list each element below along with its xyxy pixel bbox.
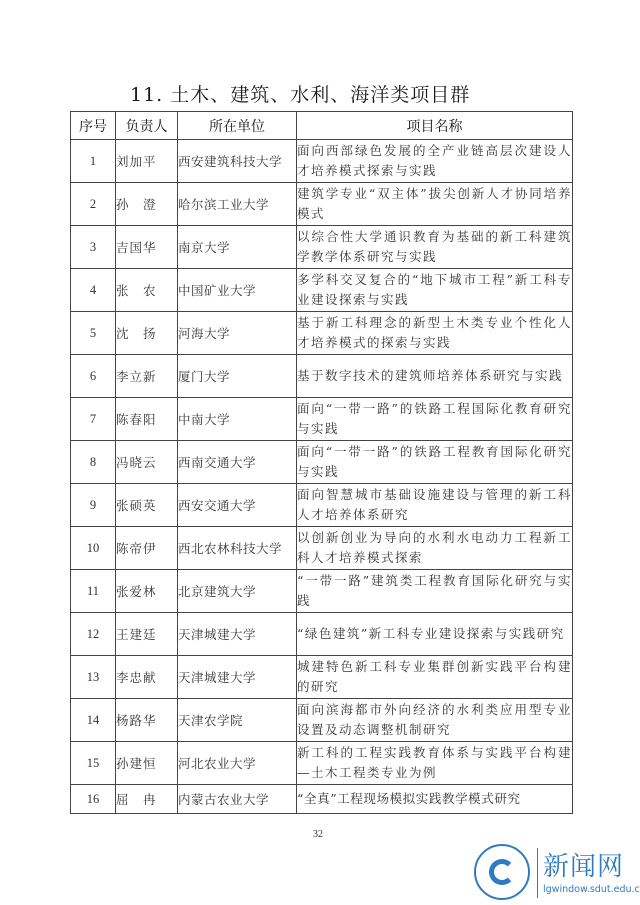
row-unit: 南京大学	[178, 226, 297, 269]
table-row: 12王建廷天津城建大学“绿色建筑”新工科专业建设探索与实践研究	[71, 613, 573, 656]
table-row: 3吉国华南京大学以综合性大学通识教育为基础的新工科建筑学教学体系研究与实践	[71, 226, 573, 269]
row-number: 2	[71, 183, 116, 226]
university-seal-icon	[474, 844, 530, 900]
row-project-title: 基于数字技术的建筑师培养体系研究与实践	[297, 355, 573, 398]
row-unit: 西南交通大学	[178, 441, 297, 484]
row-number: 4	[71, 269, 116, 312]
page-number: 32	[313, 829, 323, 840]
row-leader: 张硕英	[116, 484, 178, 527]
row-project-title: 多学科交叉复合的“地下城市工程”新工科专业建设探索与实践	[297, 269, 573, 312]
row-leader: 张爱林	[116, 570, 178, 613]
row-number: 6	[71, 355, 116, 398]
row-number: 14	[71, 699, 116, 742]
row-project-title: 城建特色新工科专业集群创新实践平台构建的研究	[297, 656, 573, 699]
row-number: 16	[71, 785, 116, 814]
row-unit: 天津城建大学	[178, 656, 297, 699]
watermark: 新闻网 lgwindow.sdut.edu.cn	[470, 840, 640, 905]
row-number: 8	[71, 441, 116, 484]
row-project-title: 以综合性大学通识教育为基础的新工科建筑学教学体系研究与实践	[297, 226, 573, 269]
row-project-title: 以创新创业为导向的水利水电动力工程新工科人才培养模式探索	[297, 527, 573, 570]
row-leader: 沈 扬	[116, 312, 178, 355]
row-project-title: 建筑学专业“双主体”拔尖创新人才协同培养模式	[297, 183, 573, 226]
row-leader: 孙 澄	[116, 183, 178, 226]
row-unit: 西安建筑科技大学	[178, 140, 297, 183]
row-leader: 王建廷	[116, 613, 178, 656]
table-header-row: 序号 负责人 所在单位 项目名称	[71, 112, 573, 140]
row-leader: 陈春阳	[116, 398, 178, 441]
row-unit: 厦门大学	[178, 355, 297, 398]
table-row: 8冯晓云西南交通大学面向“一带一路”的铁路工程教育国际化研究与实践	[71, 441, 573, 484]
row-project-title: 面向西部绿色发展的全产业链高层次建设人才培养模式探索与实践	[297, 140, 573, 183]
row-leader: 陈帝伊	[116, 527, 178, 570]
row-number: 7	[71, 398, 116, 441]
table-row: 6李立新厦门大学基于数字技术的建筑师培养体系研究与实践	[71, 355, 573, 398]
row-project-title: 面向“一带一路”的铁路工程教育国际化研究与实践	[297, 441, 573, 484]
row-project-title: “绿色建筑”新工科专业建设探索与实践研究	[297, 613, 573, 656]
row-project-title: 新工科的工程实践教育体系与实践平台构建—土木工程类专业为例	[297, 742, 573, 785]
table-row: 1刘加平西安建筑科技大学面向西部绿色发展的全产业链高层次建设人才培养模式探索与实…	[71, 140, 573, 183]
row-unit: 中国矿业大学	[178, 269, 297, 312]
row-leader: 李立新	[116, 355, 178, 398]
header-no: 序号	[71, 112, 116, 140]
table-row: 2孙 澄哈尔滨工业大学建筑学专业“双主体”拔尖创新人才协同培养模式	[71, 183, 573, 226]
row-leader: 刘加平	[116, 140, 178, 183]
table-row: 7陈春阳中南大学面向“一带一路”的铁路工程国际化教育研究与实践	[71, 398, 573, 441]
table-row: 11张爱林北京建筑大学“一带一路”建筑类工程教育国际化研究与实践	[71, 570, 573, 613]
row-number: 9	[71, 484, 116, 527]
row-unit: 西北农林科技大学	[178, 527, 297, 570]
header-title: 项目名称	[297, 112, 573, 140]
row-number: 13	[71, 656, 116, 699]
project-table: 序号 负责人 所在单位 项目名称 1刘加平西安建筑科技大学面向西部绿色发展的全产…	[70, 111, 573, 814]
row-leader: 孙建恒	[116, 742, 178, 785]
row-project-title: 面向智慧城市基础设施建设与管理的新工科人才培养体系研究	[297, 484, 573, 527]
row-project-title: 面向滨海都市外向经济的水利类应用型专业设置及动态调整机制研究	[297, 699, 573, 742]
table-row: 10陈帝伊西北农林科技大学以创新创业为导向的水利水电动力工程新工科人才培养模式探…	[71, 527, 573, 570]
row-unit: 中南大学	[178, 398, 297, 441]
row-unit: 北京建筑大学	[178, 570, 297, 613]
row-number: 1	[71, 140, 116, 183]
table-row: 4张 农中国矿业大学多学科交叉复合的“地下城市工程”新工科专业建设探索与实践	[71, 269, 573, 312]
row-project-title: “全真”工程现场模拟实践教学模式研究	[297, 785, 573, 814]
row-project-title: 基于新工科理念的新型土木类专业个性化人才培养模式的探索与实践	[297, 312, 573, 355]
table-row: 13李忠献天津城建大学城建特色新工科专业集群创新实践平台构建的研究	[71, 656, 573, 699]
row-leader: 李忠献	[116, 656, 178, 699]
table-row: 16屈 冉内蒙古农业大学“全真”工程现场模拟实践教学模式研究	[71, 785, 573, 814]
row-number: 11	[71, 570, 116, 613]
table-row: 14杨路华天津农学院面向滨海都市外向经济的水利类应用型专业设置及动态调整机制研究	[71, 699, 573, 742]
header-unit: 所在单位	[178, 112, 297, 140]
row-number: 12	[71, 613, 116, 656]
table-row: 15孙建恒河北农业大学新工科的工程实践教育体系与实践平台构建—土木工程类专业为例	[71, 742, 573, 785]
section-title: 11. 土木、建筑、水利、海洋类项目群	[130, 80, 470, 107]
row-leader: 杨路华	[116, 699, 178, 742]
row-leader: 冯晓云	[116, 441, 178, 484]
row-number: 10	[71, 527, 116, 570]
row-leader: 张 农	[116, 269, 178, 312]
divider	[537, 848, 538, 898]
row-number: 5	[71, 312, 116, 355]
row-number: 3	[71, 226, 116, 269]
row-unit: 天津城建大学	[178, 613, 297, 656]
row-unit: 河北农业大学	[178, 742, 297, 785]
row-unit: 西安交通大学	[178, 484, 297, 527]
table-row: 5沈 扬河海大学基于新工科理念的新型土木类专业个性化人才培养模式的探索与实践	[71, 312, 573, 355]
row-unit: 内蒙古农业大学	[178, 785, 297, 814]
header-leader: 负责人	[116, 112, 178, 140]
row-number: 15	[71, 742, 116, 785]
row-project-title: “一带一路”建筑类工程教育国际化研究与实践	[297, 570, 573, 613]
row-unit: 天津农学院	[178, 699, 297, 742]
row-leader: 屈 冉	[116, 785, 178, 814]
row-leader: 吉国华	[116, 226, 178, 269]
row-unit: 河海大学	[178, 312, 297, 355]
watermark-label: 新闻网	[543, 846, 624, 883]
watermark-url: lgwindow.sdut.edu.cn	[543, 884, 640, 895]
table-row: 9张硕英西安交通大学面向智慧城市基础设施建设与管理的新工科人才培养体系研究	[71, 484, 573, 527]
row-project-title: 面向“一带一路”的铁路工程国际化教育研究与实践	[297, 398, 573, 441]
row-unit: 哈尔滨工业大学	[178, 183, 297, 226]
